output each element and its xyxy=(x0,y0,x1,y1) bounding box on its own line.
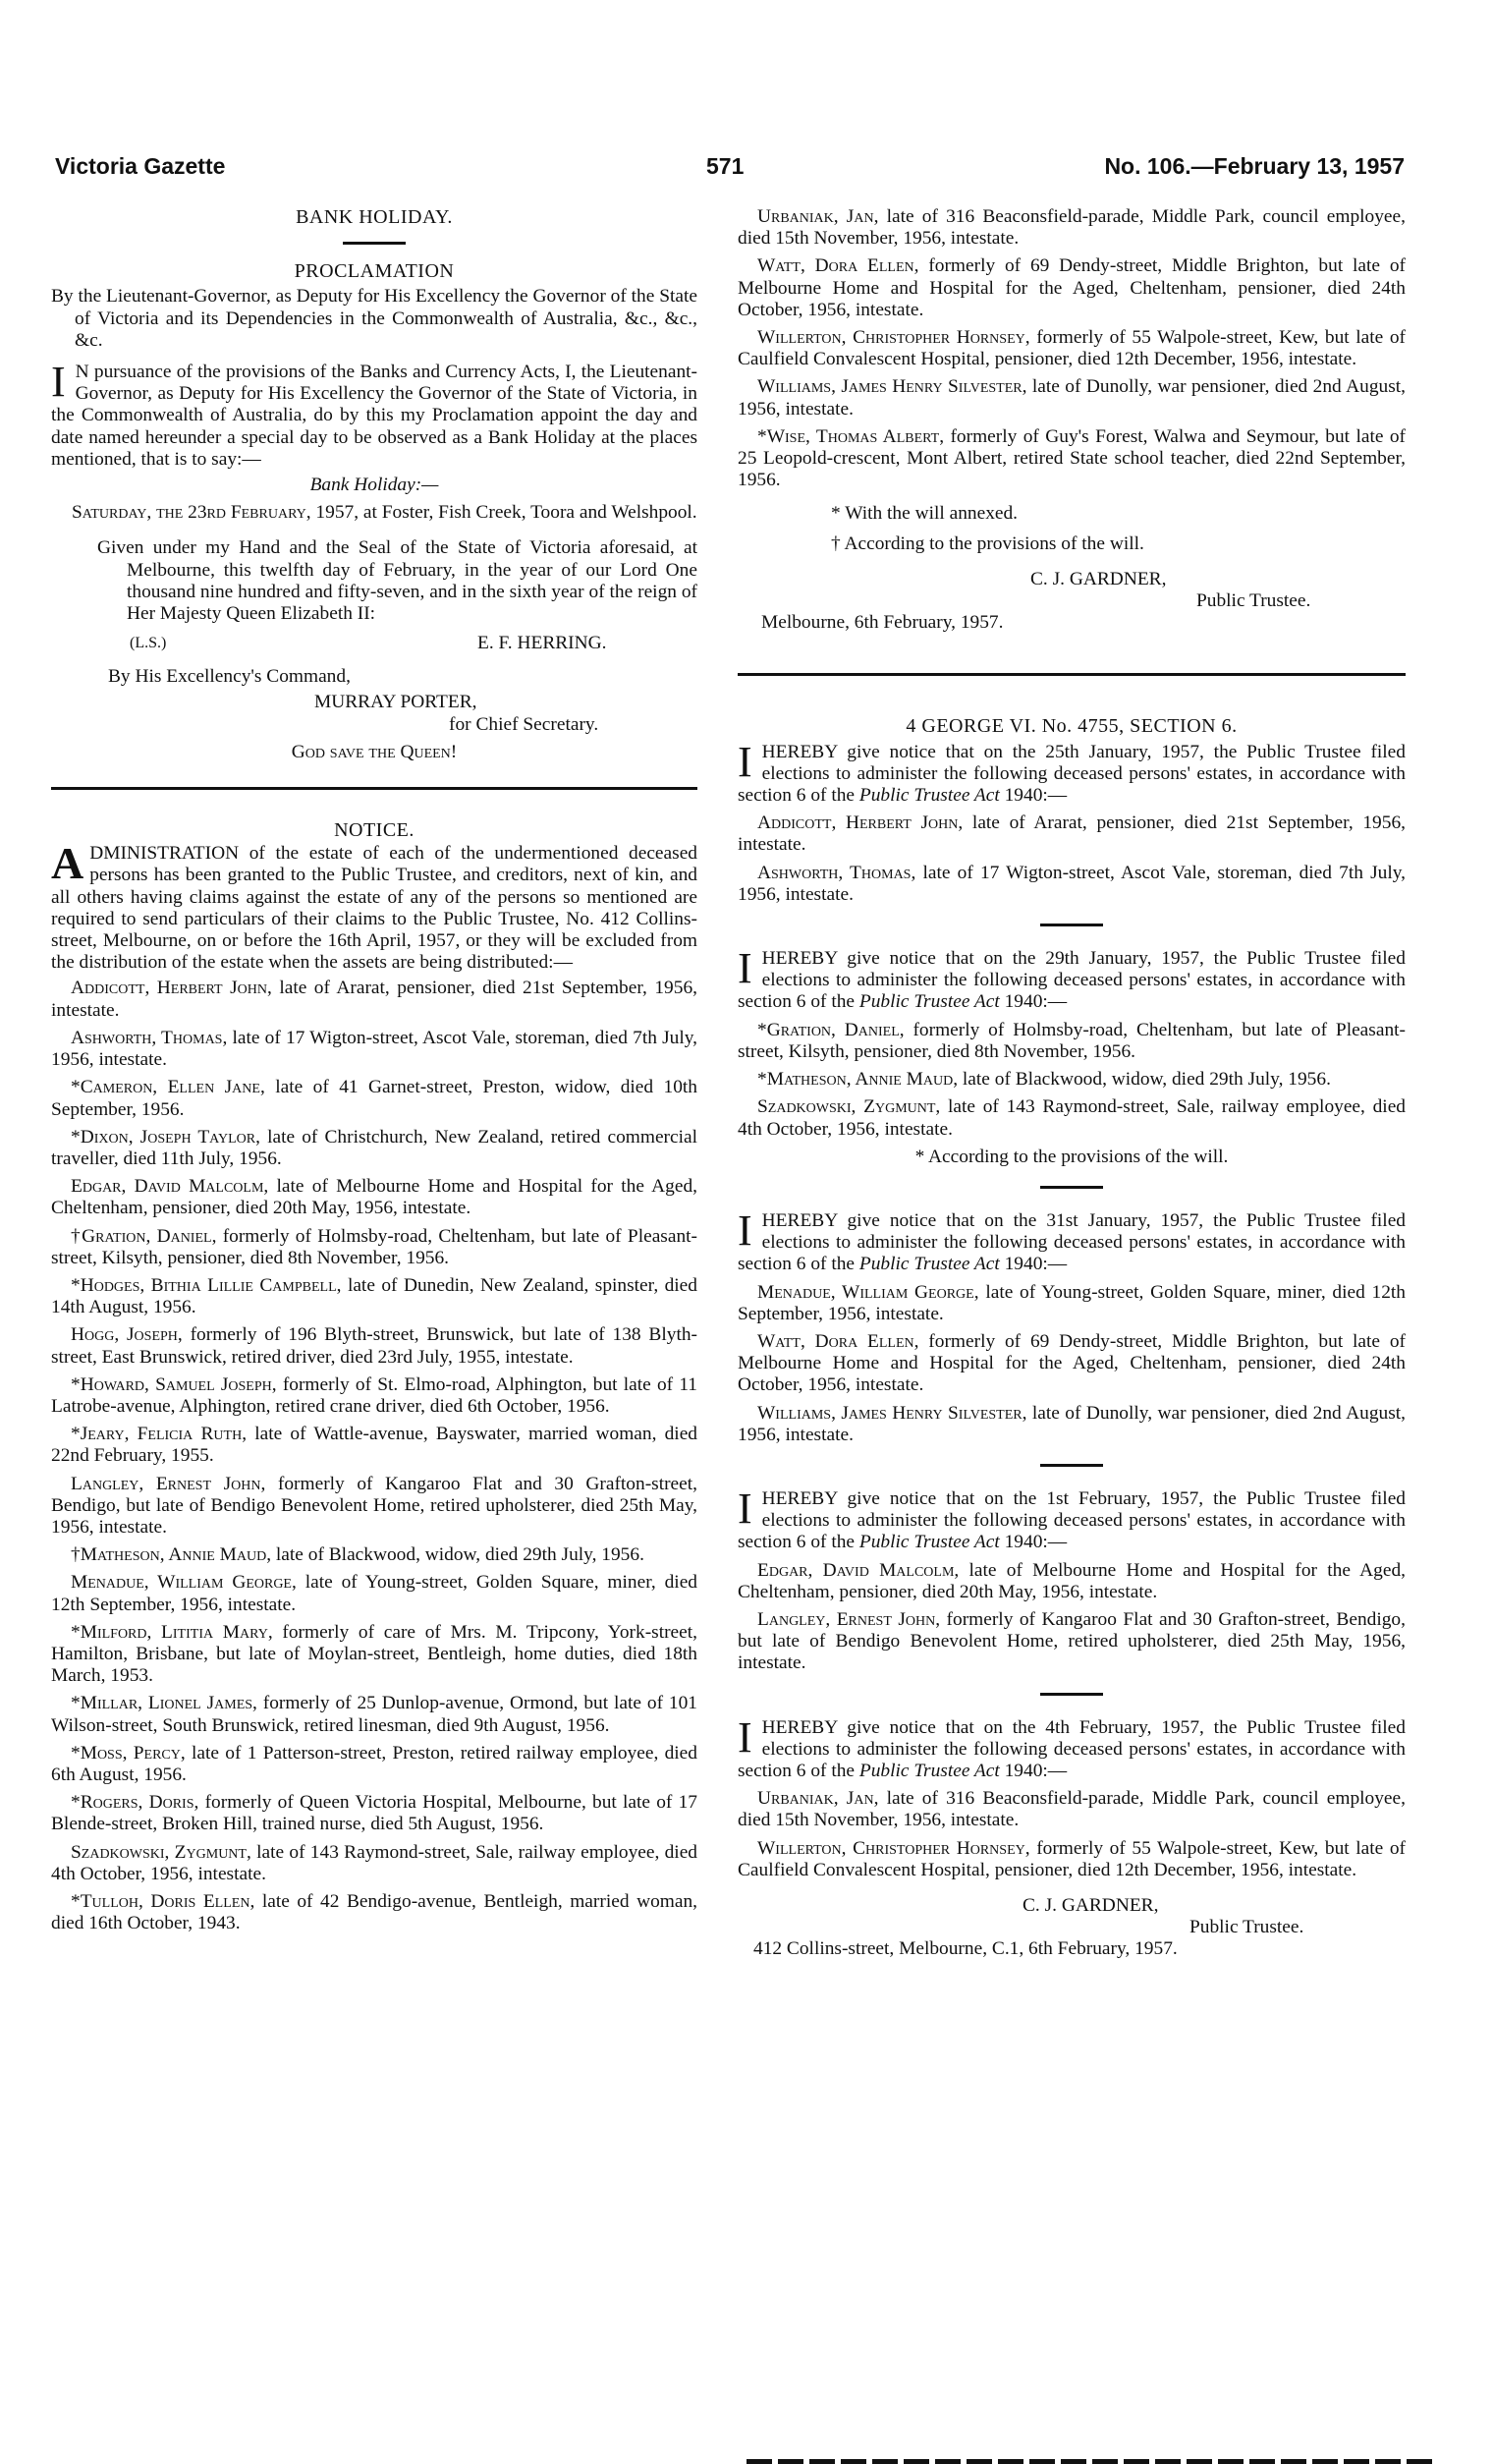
estate-entry: Addicott, Herbert John, late of Ararat, … xyxy=(738,812,1406,856)
entry-mark: * xyxy=(757,1069,767,1090)
notice-heading: NOTICE. xyxy=(51,819,697,841)
deceased-name: Milford, Lititia Mary xyxy=(81,1622,268,1643)
notice-signatory-title: Public Trustee. xyxy=(738,590,1406,612)
deceased-name: Gration, Daniel xyxy=(767,1020,900,1040)
deceased-name: Urbaniak, Jan xyxy=(757,1788,874,1809)
deceased-name: Gration, Daniel xyxy=(82,1226,211,1247)
proclamation-body: IN pursuance of the provisions of the Ba… xyxy=(51,362,697,471)
section6-notice: I HEREBY give notice that on the 31st Ja… xyxy=(738,1186,1406,1446)
act-name: Public Trustee Act xyxy=(859,1254,1000,1274)
estate-entry: Watt, Dora Ellen, formerly of 69 Dendy-s… xyxy=(738,1331,1406,1397)
section6-heading: 4 GEORGE VI. No. 4755, SECTION 6. xyxy=(738,715,1406,737)
notice-signatory: C. J. GARDNER, xyxy=(738,569,1406,590)
bank-holiday-section: BANK HOLIDAY. PROCLAMATION By the Lieute… xyxy=(51,206,697,763)
act-name: Public Trustee Act xyxy=(859,991,1000,1012)
estate-entry: *Tulloh, Doris Ellen, late of 42 Bendigo… xyxy=(51,1891,697,1934)
entry-mark: * xyxy=(71,1077,81,1097)
deceased-name: Menadue, William George xyxy=(71,1572,292,1593)
deceased-name: Hodges, Bithia Lillie Campbell xyxy=(81,1275,337,1296)
divider xyxy=(1040,1464,1103,1467)
publication-title: Victoria Gazette xyxy=(55,153,225,180)
estate-entry: †Gration, Daniel, formerly of Holmsby-ro… xyxy=(51,1226,697,1269)
scan-artifact-bar xyxy=(746,2459,1434,2464)
notice-section: NOTICE. ADMINISTRATION of the estate of … xyxy=(51,819,697,1934)
entry-details: , late of Blackwood, widow, died 29th Ju… xyxy=(953,1069,1331,1090)
deceased-name: Szadkowski, Zygmunt xyxy=(757,1096,935,1117)
estate-entry: Watt, Dora Ellen, formerly of 69 Dendy-s… xyxy=(738,255,1406,321)
estate-entry: Ashworth, Thomas, late of 17 Wigton-stre… xyxy=(738,863,1406,906)
left-column: BANK HOLIDAY. PROCLAMATION By the Lieute… xyxy=(51,206,697,1940)
estate-entry: Williams, James Henry Silvester, late of… xyxy=(738,376,1406,420)
estate-entry: Urbaniak, Jan, late of 316 Beaconsfield-… xyxy=(738,206,1406,250)
entry-mark: * xyxy=(757,1020,767,1040)
drop-cap: A xyxy=(51,845,83,882)
deceased-name: Moss, Percy xyxy=(81,1743,181,1764)
divider xyxy=(1040,924,1103,926)
entry-mark: * xyxy=(71,1693,81,1713)
deceased-name: Urbaniak, Jan xyxy=(757,206,874,227)
entry-mark: * xyxy=(71,1792,81,1813)
estate-entry: *Matheson, Annie Maud, late of Blackwood… xyxy=(738,1069,1406,1091)
estate-entry: Addicott, Herbert John, late of Ararat, … xyxy=(51,978,697,1021)
section6-notices: I HEREBY give notice that on the 25th Ja… xyxy=(738,742,1406,1881)
drop-cap: I xyxy=(738,1212,752,1250)
issue-date: No. 106.—February 13, 1957 xyxy=(1104,153,1405,180)
deceased-name: Millar, Lionel James xyxy=(81,1693,252,1713)
estate-entry: Szadkowski, Zygmunt, late of 143 Raymond… xyxy=(51,1842,697,1885)
command-line: By His Excellency's Command, xyxy=(51,666,697,688)
deceased-name: Wise, Thomas Albert xyxy=(767,426,939,447)
seal-signature-line: (L.S.) E. F. HERRING. xyxy=(51,633,697,656)
act-name: Public Trustee Act xyxy=(859,785,1000,806)
estate-entry: *Howard, Samuel Joseph, formerly of St. … xyxy=(51,1374,697,1418)
deceased-name: Langley, Ernest John xyxy=(757,1609,935,1630)
divider xyxy=(343,242,406,245)
deceased-name: Tulloh, Doris Ellen xyxy=(81,1891,250,1912)
estate-entry: †Matheson, Annie Maud, late of Blackwood… xyxy=(51,1544,697,1566)
estate-entry: Menadue, William George, late of Young-s… xyxy=(738,1282,1406,1325)
entry-mark: † xyxy=(71,1544,81,1565)
deceased-name: Howard, Samuel Joseph xyxy=(81,1374,272,1395)
notice-intro: I HEREBY give notice that on the 31st Ja… xyxy=(738,1210,1406,1276)
deceased-name: Addicott, Herbert John xyxy=(71,978,267,998)
estate-entry: Langley, Ernest John, formerly of Kangar… xyxy=(738,1609,1406,1675)
estate-entry: *Cameron, Ellen Jane, late of 41 Garnet-… xyxy=(51,1077,697,1120)
secretary-name: MURRAY PORTER, xyxy=(51,692,697,713)
drop-cap: I xyxy=(738,950,752,987)
deceased-name: Langley, Ernest John xyxy=(71,1474,260,1494)
deceased-name: Edgar, David Malcolm xyxy=(757,1560,954,1581)
drop-cap: I xyxy=(51,364,66,401)
estate-entry: Edgar, David Malcolm, late of Melbourne … xyxy=(51,1176,697,1219)
estate-entry: *Jeary, Felicia Ruth, late of Wattle-ave… xyxy=(51,1424,697,1467)
act-name: Public Trustee Act xyxy=(859,1532,1000,1552)
section6-notice: I HEREBY give notice that on the 4th Feb… xyxy=(738,1693,1406,1881)
deceased-name: Williams, James Henry Silvester xyxy=(757,376,1023,397)
holiday-heading: Bank Holiday:— xyxy=(51,475,697,496)
deceased-name: Willerton, Christopher Hornsey xyxy=(757,1838,1025,1859)
deceased-name: Ashworth, Thomas xyxy=(757,863,911,883)
estate-list: Addicott, Herbert John, late of Ararat, … xyxy=(51,978,697,1934)
divider xyxy=(1040,1693,1103,1696)
deceased-name: Addicott, Herbert John xyxy=(757,812,958,833)
estate-entry: *Rogers, Doris, formerly of Queen Victor… xyxy=(51,1792,697,1835)
notice-intro: I HEREBY give notice that on the 1st Feb… xyxy=(738,1488,1406,1554)
estate-entry: Langley, Ernest John, formerly of Kangar… xyxy=(51,1474,697,1540)
deceased-name: Dixon, Joseph Taylor xyxy=(81,1127,255,1148)
section6-notice: I HEREBY give notice that on the 25th Ja… xyxy=(738,742,1406,906)
notice-intro: I HEREBY give notice that on the 29th Ja… xyxy=(738,948,1406,1014)
estate-entry: Willerton, Christopher Hornsey, formerly… xyxy=(738,1838,1406,1881)
closing-line: God save the Queen! xyxy=(51,742,697,763)
entry-mark: † xyxy=(71,1226,82,1247)
deceased-name: Willerton, Christopher Hornsey xyxy=(757,327,1025,348)
given-under-hand: Given under my Hand and the Seal of the … xyxy=(51,537,697,625)
estate-entry: Menadue, William George, late of Young-s… xyxy=(51,1572,697,1615)
estate-entry: Urbaniak, Jan, late of 316 Beaconsfield-… xyxy=(738,1788,1406,1831)
drop-cap: I xyxy=(738,1719,752,1757)
footnote-provisions: † According to the provisions of the wil… xyxy=(738,533,1406,555)
deceased-name: Williams, James Henry Silvester xyxy=(757,1403,1023,1424)
page-header: Victoria Gazette 571 No. 106.—February 1… xyxy=(55,153,1438,193)
deceased-name: Edgar, David Malcolm xyxy=(71,1176,263,1197)
deceased-name: Szadkowski, Zygmunt xyxy=(71,1842,247,1863)
section6-notice: I HEREBY give notice that on the 1st Feb… xyxy=(738,1464,1406,1675)
deceased-name: Ashworth, Thomas xyxy=(71,1028,222,1048)
estate-entry: Szadkowski, Zygmunt, late of 143 Raymond… xyxy=(738,1096,1406,1140)
estate-entry: *Dixon, Joseph Taylor, late of Christchu… xyxy=(51,1127,697,1170)
section6-notice: I HEREBY give notice that on the 29th Ja… xyxy=(738,924,1406,1168)
secretary-title: for Chief Secretary. xyxy=(51,714,697,736)
drop-cap: I xyxy=(738,744,752,781)
estate-entry: *Hodges, Bithia Lillie Campbell, late of… xyxy=(51,1275,697,1318)
notice-intro: I HEREBY give notice that on the 25th Ja… xyxy=(738,742,1406,808)
holiday-date: Saturday, the 23rd February, 1957, at Fo… xyxy=(51,502,697,524)
page-number: 571 xyxy=(706,153,744,180)
entry-mark: * xyxy=(71,1622,81,1643)
deceased-name: Matheson, Annie Maud xyxy=(81,1544,267,1565)
estate-entry: Hogg, Joseph, formerly of 196 Blyth-stre… xyxy=(51,1324,697,1368)
deceased-name: Jeary, Felicia Ruth xyxy=(81,1424,242,1444)
deceased-name: Watt, Dora Ellen xyxy=(757,255,914,276)
deceased-name: Watt, Dora Ellen xyxy=(757,1331,914,1352)
estate-entry: Ashworth, Thomas, late of 17 Wigton-stre… xyxy=(51,1028,697,1071)
deceased-name: Rogers, Doris xyxy=(81,1792,194,1813)
notice-footnote: * According to the provisions of the wil… xyxy=(738,1147,1406,1168)
section6-place-date: 412 Collins-street, Melbourne, C.1, 6th … xyxy=(738,1938,1406,1960)
deceased-name: Cameron, Ellen Jane xyxy=(81,1077,260,1097)
deceased-name: Hogg, Joseph xyxy=(71,1324,178,1345)
seal: (L.S.) xyxy=(130,633,166,654)
estate-entry: Willerton, Christopher Hornsey, formerly… xyxy=(738,327,1406,370)
act-name: Public Trustee Act xyxy=(859,1761,1000,1781)
entry-mark: * xyxy=(71,1891,81,1912)
entry-mark: * xyxy=(71,1374,81,1395)
entry-mark: * xyxy=(71,1424,81,1444)
estate-entry: Williams, James Henry Silvester, late of… xyxy=(738,1403,1406,1446)
entry-mark: * xyxy=(71,1743,81,1764)
entry-details: , late of Blackwood, widow, died 29th Ju… xyxy=(266,1544,644,1565)
entry-mark: * xyxy=(757,426,767,447)
section6-signatory: C. J. GARDNER, xyxy=(738,1895,1406,1917)
estate-list-continued: Urbaniak, Jan, late of 316 Beaconsfield-… xyxy=(738,206,1406,491)
estate-entry: *Gration, Daniel, formerly of Holmsby-ro… xyxy=(738,1020,1406,1063)
signatory: E. F. HERRING. xyxy=(477,633,607,654)
estate-entry: *Milford, Lititia Mary, formerly of care… xyxy=(51,1622,697,1688)
entry-mark: * xyxy=(71,1275,81,1296)
section-title: BANK HOLIDAY. xyxy=(51,206,697,228)
estate-entry: *Millar, Lionel James, formerly of 25 Du… xyxy=(51,1693,697,1736)
notice-body: ADMINISTRATION of the estate of each of … xyxy=(51,843,697,974)
notice-place-date: Melbourne, 6th February, 1957. xyxy=(738,612,1406,634)
drop-cap: I xyxy=(738,1490,752,1528)
right-column: Urbaniak, Jan, late of 316 Beaconsfield-… xyxy=(738,206,1406,1961)
entry-mark: * xyxy=(71,1127,81,1148)
section-divider xyxy=(51,787,697,790)
deceased-name: Matheson, Annie Maud xyxy=(767,1069,954,1090)
estate-entry: Edgar, David Malcolm, late of Melbourne … xyxy=(738,1560,1406,1603)
estate-entry: *Moss, Percy, late of 1 Patterson-street… xyxy=(51,1743,697,1786)
section-divider xyxy=(738,673,1406,676)
preamble: By the Lieutenant-Governor, as Deputy fo… xyxy=(51,286,697,352)
deceased-name: Menadue, William George xyxy=(757,1282,974,1303)
estate-entry: *Wise, Thomas Albert, formerly of Guy's … xyxy=(738,426,1406,492)
footnote-will-annexed: * With the will annexed. xyxy=(738,503,1406,525)
proclamation-heading: PROCLAMATION xyxy=(51,260,697,282)
section6-signatory-title: Public Trustee. xyxy=(738,1917,1406,1938)
notice-intro: I HEREBY give notice that on the 4th Feb… xyxy=(738,1717,1406,1783)
divider xyxy=(1040,1186,1103,1189)
